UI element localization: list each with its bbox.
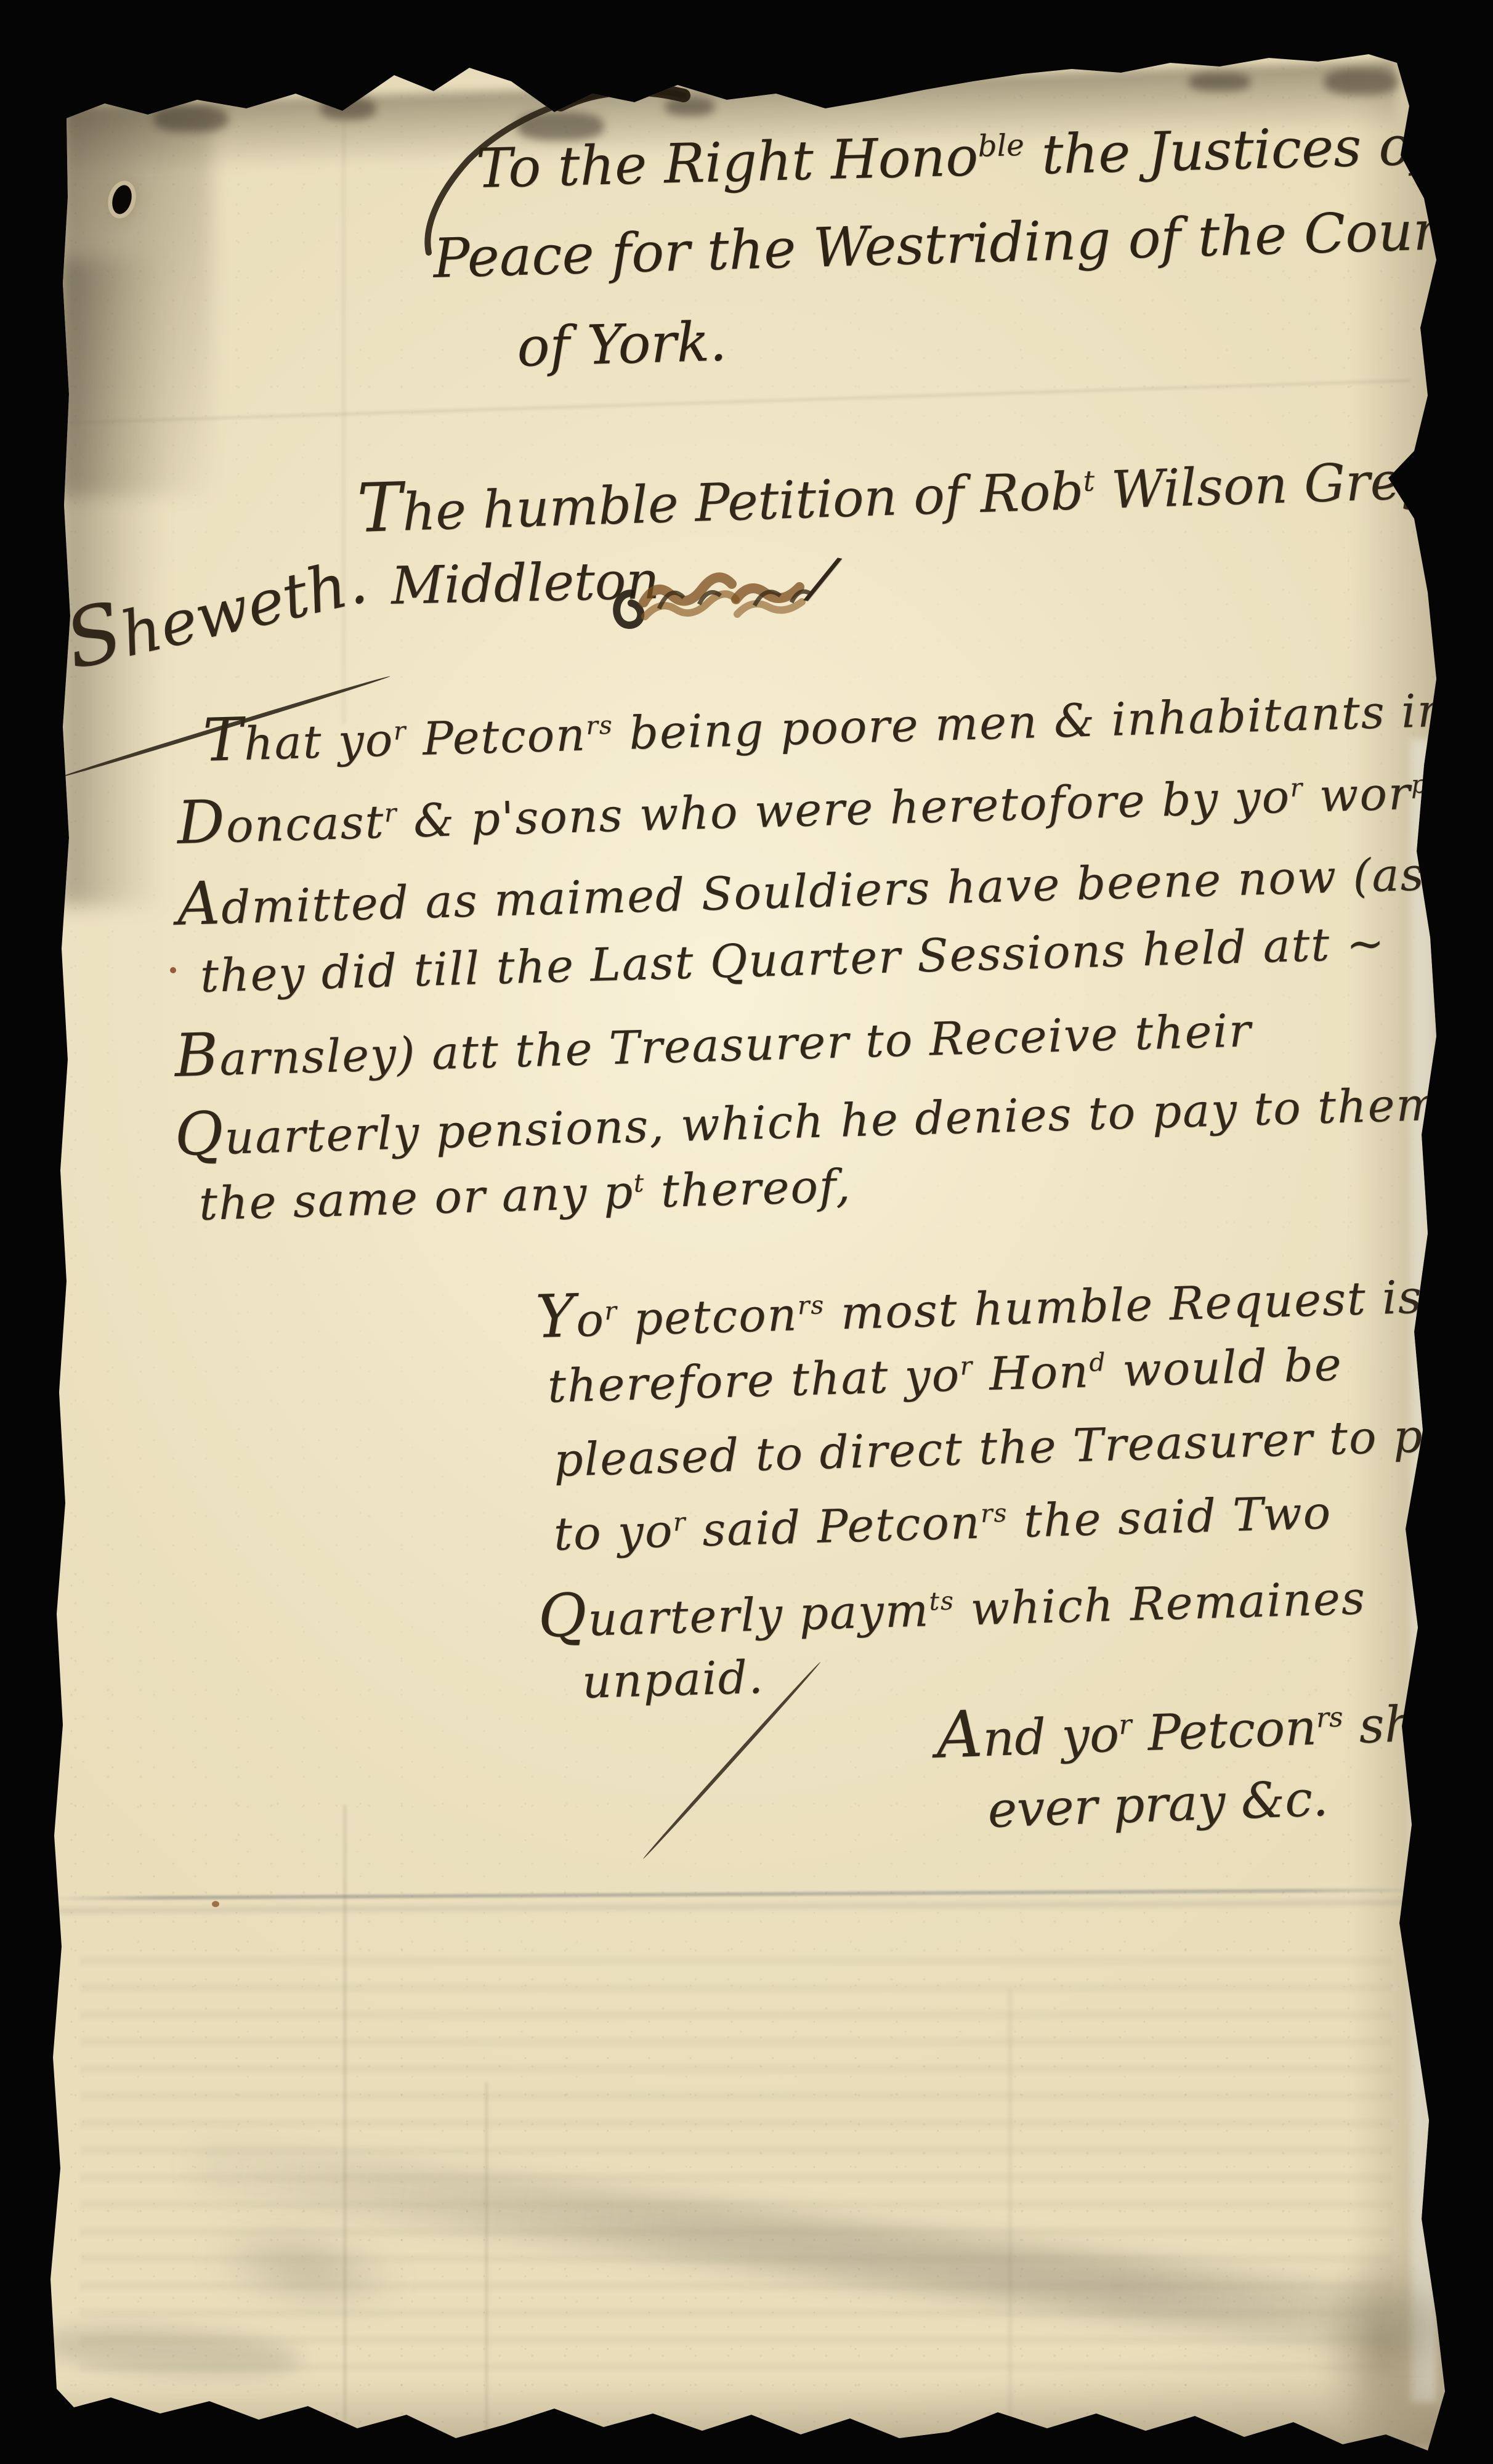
vertical-crease [344,1805,346,2421]
address-line-2: Peace for the Westriding of the County [432,197,1493,290]
stain-top-left-grime [59,102,212,496]
vertical-crease [485,2082,488,2439]
vertical-crease [342,120,345,724]
torn-edge-highlight [1410,739,1436,2402]
margin-note-sheweth: Sheweth. [57,528,374,687]
address-line-3: of York. [516,309,727,378]
request-line-4: to yor said Petconrs the said Two [553,1486,1332,1561]
closing-line-2: ever pray &c. [987,1770,1329,1839]
body-line-7: the same or any pt thereof, [198,1159,852,1231]
grime-patch [1189,73,1250,91]
smudge-blob [198,2210,412,2327]
vertical-crease [1009,1990,1011,2421]
edge-ink-blot [20,1918,55,1939]
grime-patch [665,97,714,116]
manuscript-paper: To the Right Honoble the Justices of the… [0,0,1493,2464]
request-line-3: pleased to direct the Treasurer to pay [553,1408,1479,1487]
diagonal-smudge [187,2136,1446,2359]
closing-line-1: And yor Petconrs shall [935,1679,1478,1773]
address-line-1: To the Right Honoble the Justices of the [475,111,1493,200]
fold-crease-shadow [55,1899,1429,1914]
scan-background: { "palette": { "background": "#050505", … [0,0,1493,2464]
faint-upper-crease [68,379,1410,424]
grime-patch [320,97,376,120]
rust-fleck [170,967,176,973]
verso-ink-showthrough [80,1940,1392,2372]
stain-right-edge [1352,55,1447,2446]
horizontal-fold-crease [49,1888,1435,1900]
worm-hole [109,183,134,216]
rust-fleck [212,1901,219,1907]
request-line-1: Yor petconrs most humble Request is [535,1258,1423,1352]
petition-title-line-2: Middleton [390,550,660,616]
petition-title-line-1: The humble Petition of Robt Wilson Grego… [356,433,1493,548]
request-line-6: unpaid. [581,1651,765,1709]
grime-patch [154,106,228,132]
grime-patch [1324,69,1398,95]
request-line-5: Quarterly paymts which Remaines [537,1558,1367,1650]
smudge-bottom-left [36,2319,303,2384]
stain-bottom-edge [55,2381,1441,2452]
stain-bottom-right [1318,2242,1447,2452]
petition-title-slash: / [806,542,840,614]
request-line-2: therefore that yor Hond would be [547,1338,1343,1413]
